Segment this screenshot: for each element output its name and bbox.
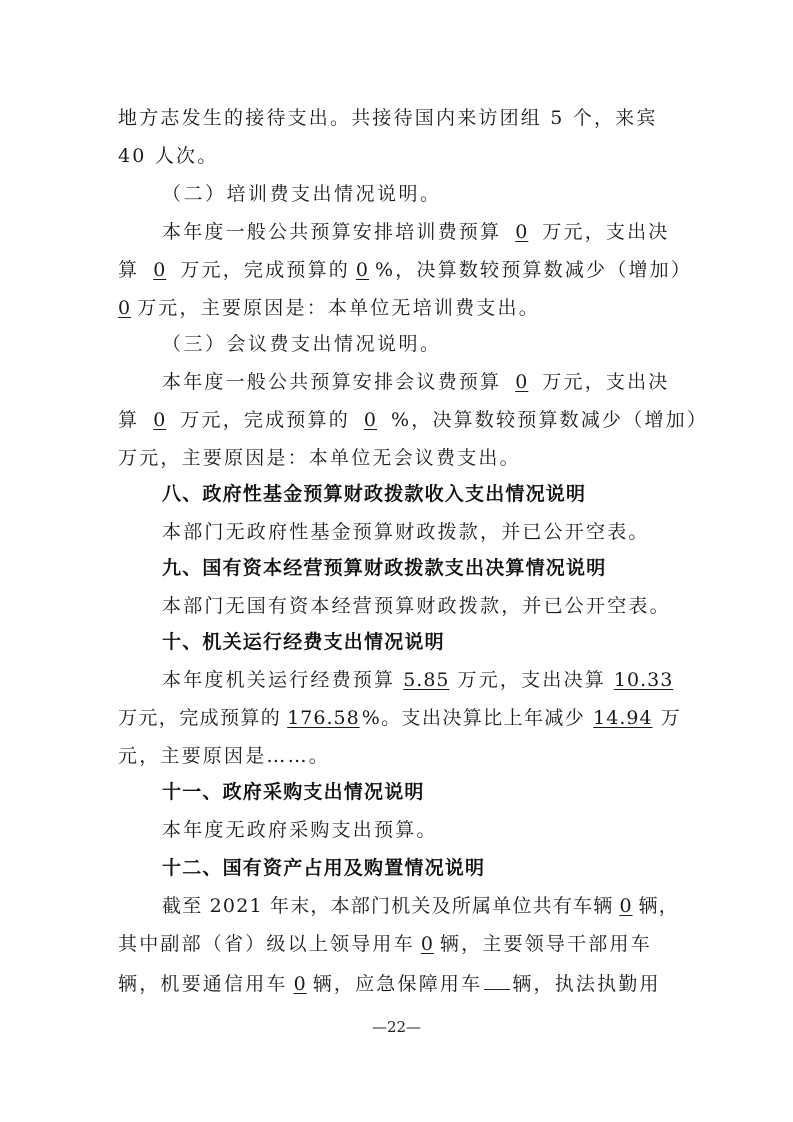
value-operating-actual: 10.33 [606, 669, 677, 691]
text: 辆， [639, 895, 679, 917]
value-meeting-actual: 0 [139, 409, 180, 431]
paragraph-line: 其中副部（省）级以上领导用车0辆，主要领导干部用车 [118, 925, 678, 963]
paragraph-line: 本年度机关运行经费预算5.85万元，支出决算10.33 [162, 661, 722, 699]
value-operating-decrease: 14.94 [585, 707, 660, 729]
value-training-budget: 0 [501, 221, 542, 243]
text: 其中副部（省）级以上领导用车 [118, 933, 415, 955]
paragraph-line: 0万元，主要原因是：本单位无培训费支出。 [118, 289, 678, 327]
paragraph-line: 本部门无政府性基金预算财政拨款，并已公开空表。 [162, 513, 722, 551]
text: 算 [118, 259, 139, 281]
text: 万元，支出决 [542, 371, 669, 393]
value-meeting-budget: 0 [501, 371, 542, 393]
text: %，决算数较预算数减少（增加） [391, 409, 708, 431]
text: 本年度机关运行经费预算 [162, 669, 395, 691]
text: 辆，机要通信用车 [118, 973, 288, 995]
paragraph-line: 本年度一般公共预算安排会议费预算0万元，支出决 [162, 363, 722, 401]
text: %。支出决算比上年减少 [362, 707, 585, 729]
value-operating-percent: 176.58 [281, 707, 361, 729]
document-page: 地方志发生的接待支出。共接待国内来访团组 5 个，来宾 40 人次。 （二）培训… [0, 0, 793, 1122]
subsection-title-training: （二）培训费支出情况说明。 [162, 175, 722, 213]
paragraph-line: 元，主要原因是……。 [118, 737, 678, 775]
text: 万 [661, 707, 681, 729]
text: 万元，支出决算 [458, 669, 606, 691]
value-vehicles-emergency-blank [484, 963, 510, 990]
paragraph-line: 万元，完成预算的176.58%。支出决算比上年减少14.94万 [118, 699, 678, 737]
value-meeting-percent: 0 [350, 409, 391, 431]
section-heading-12: 十二、国有资产占用及购置情况说明 [162, 849, 722, 887]
value-training-percent: 0 [350, 259, 375, 281]
section-heading-8: 八、政府性基金预算财政拨款收入支出情况说明 [162, 475, 722, 513]
value-vehicles-total: 0 [613, 895, 638, 917]
text: 本年度一般公共预算安排会议费预算 [162, 371, 501, 393]
section-heading-9: 九、国有资本经营预算财政拨款支出决算情况说明 [162, 549, 722, 587]
paragraph-line: 辆，机要通信用车0辆，应急保障用车辆，执法执勤用 [118, 963, 678, 1001]
text: 辆，应急保障用车 [313, 973, 483, 995]
section-heading-10: 十、机关运行经费支出情况说明 [162, 623, 722, 661]
text: 万元，主要原因是：本单位无培训费支出。 [137, 297, 540, 319]
section-heading-11: 十一、政府采购支出情况说明 [162, 773, 722, 811]
text: 辆，执法执勤用 [512, 973, 660, 995]
paragraph-line: 本年度无政府采购支出预算。 [162, 811, 722, 849]
text: 万元，完成预算的 [118, 707, 281, 729]
paragraph-line: 本年度一般公共预算安排培训费预算0万元，支出决 [162, 213, 722, 251]
paragraph-line: 40 人次。 [118, 137, 678, 175]
text: 万元，完成预算的 [180, 409, 350, 431]
value-vehicles-leadership: 0 [415, 933, 440, 955]
text: 辆，主要领导干部用车 [440, 933, 652, 955]
text: 算 [118, 409, 139, 431]
text: 截至 2021 年末，本部门机关及所属单位共有车辆 [162, 895, 613, 917]
paragraph-line: 算0万元，完成预算的0%，决算数较预算数减少（增加） [118, 401, 678, 439]
value-vehicles-communication: 0 [288, 973, 313, 995]
subsection-title-meeting: （三）会议费支出情况说明。 [162, 325, 722, 363]
paragraph-line: 本部门无国有资本经营预算财政拨款，并已公开空表。 [162, 587, 722, 625]
text: 本年度一般公共预算安排培训费预算 [162, 221, 501, 243]
paragraph-line: 算0万元，完成预算的0%，决算数较预算数减少（增加） [118, 251, 678, 289]
value-training-diff: 0 [118, 297, 137, 319]
value-operating-budget: 5.85 [395, 669, 457, 691]
text: 万元，支出决 [542, 221, 669, 243]
value-training-actual: 0 [139, 259, 180, 281]
paragraph-line: 万元，主要原因是：本单位无会议费支出。 [118, 439, 678, 477]
text: %，决算数较预算数减少（增加） [375, 259, 692, 281]
page-number: —22— [0, 1018, 793, 1036]
text: 万元，完成预算的 [180, 259, 350, 281]
paragraph-line: 截至 2021 年末，本部门机关及所属单位共有车辆0辆， [162, 887, 722, 925]
paragraph-line: 地方志发生的接待支出。共接待国内来访团组 5 个，来宾 [118, 99, 678, 137]
